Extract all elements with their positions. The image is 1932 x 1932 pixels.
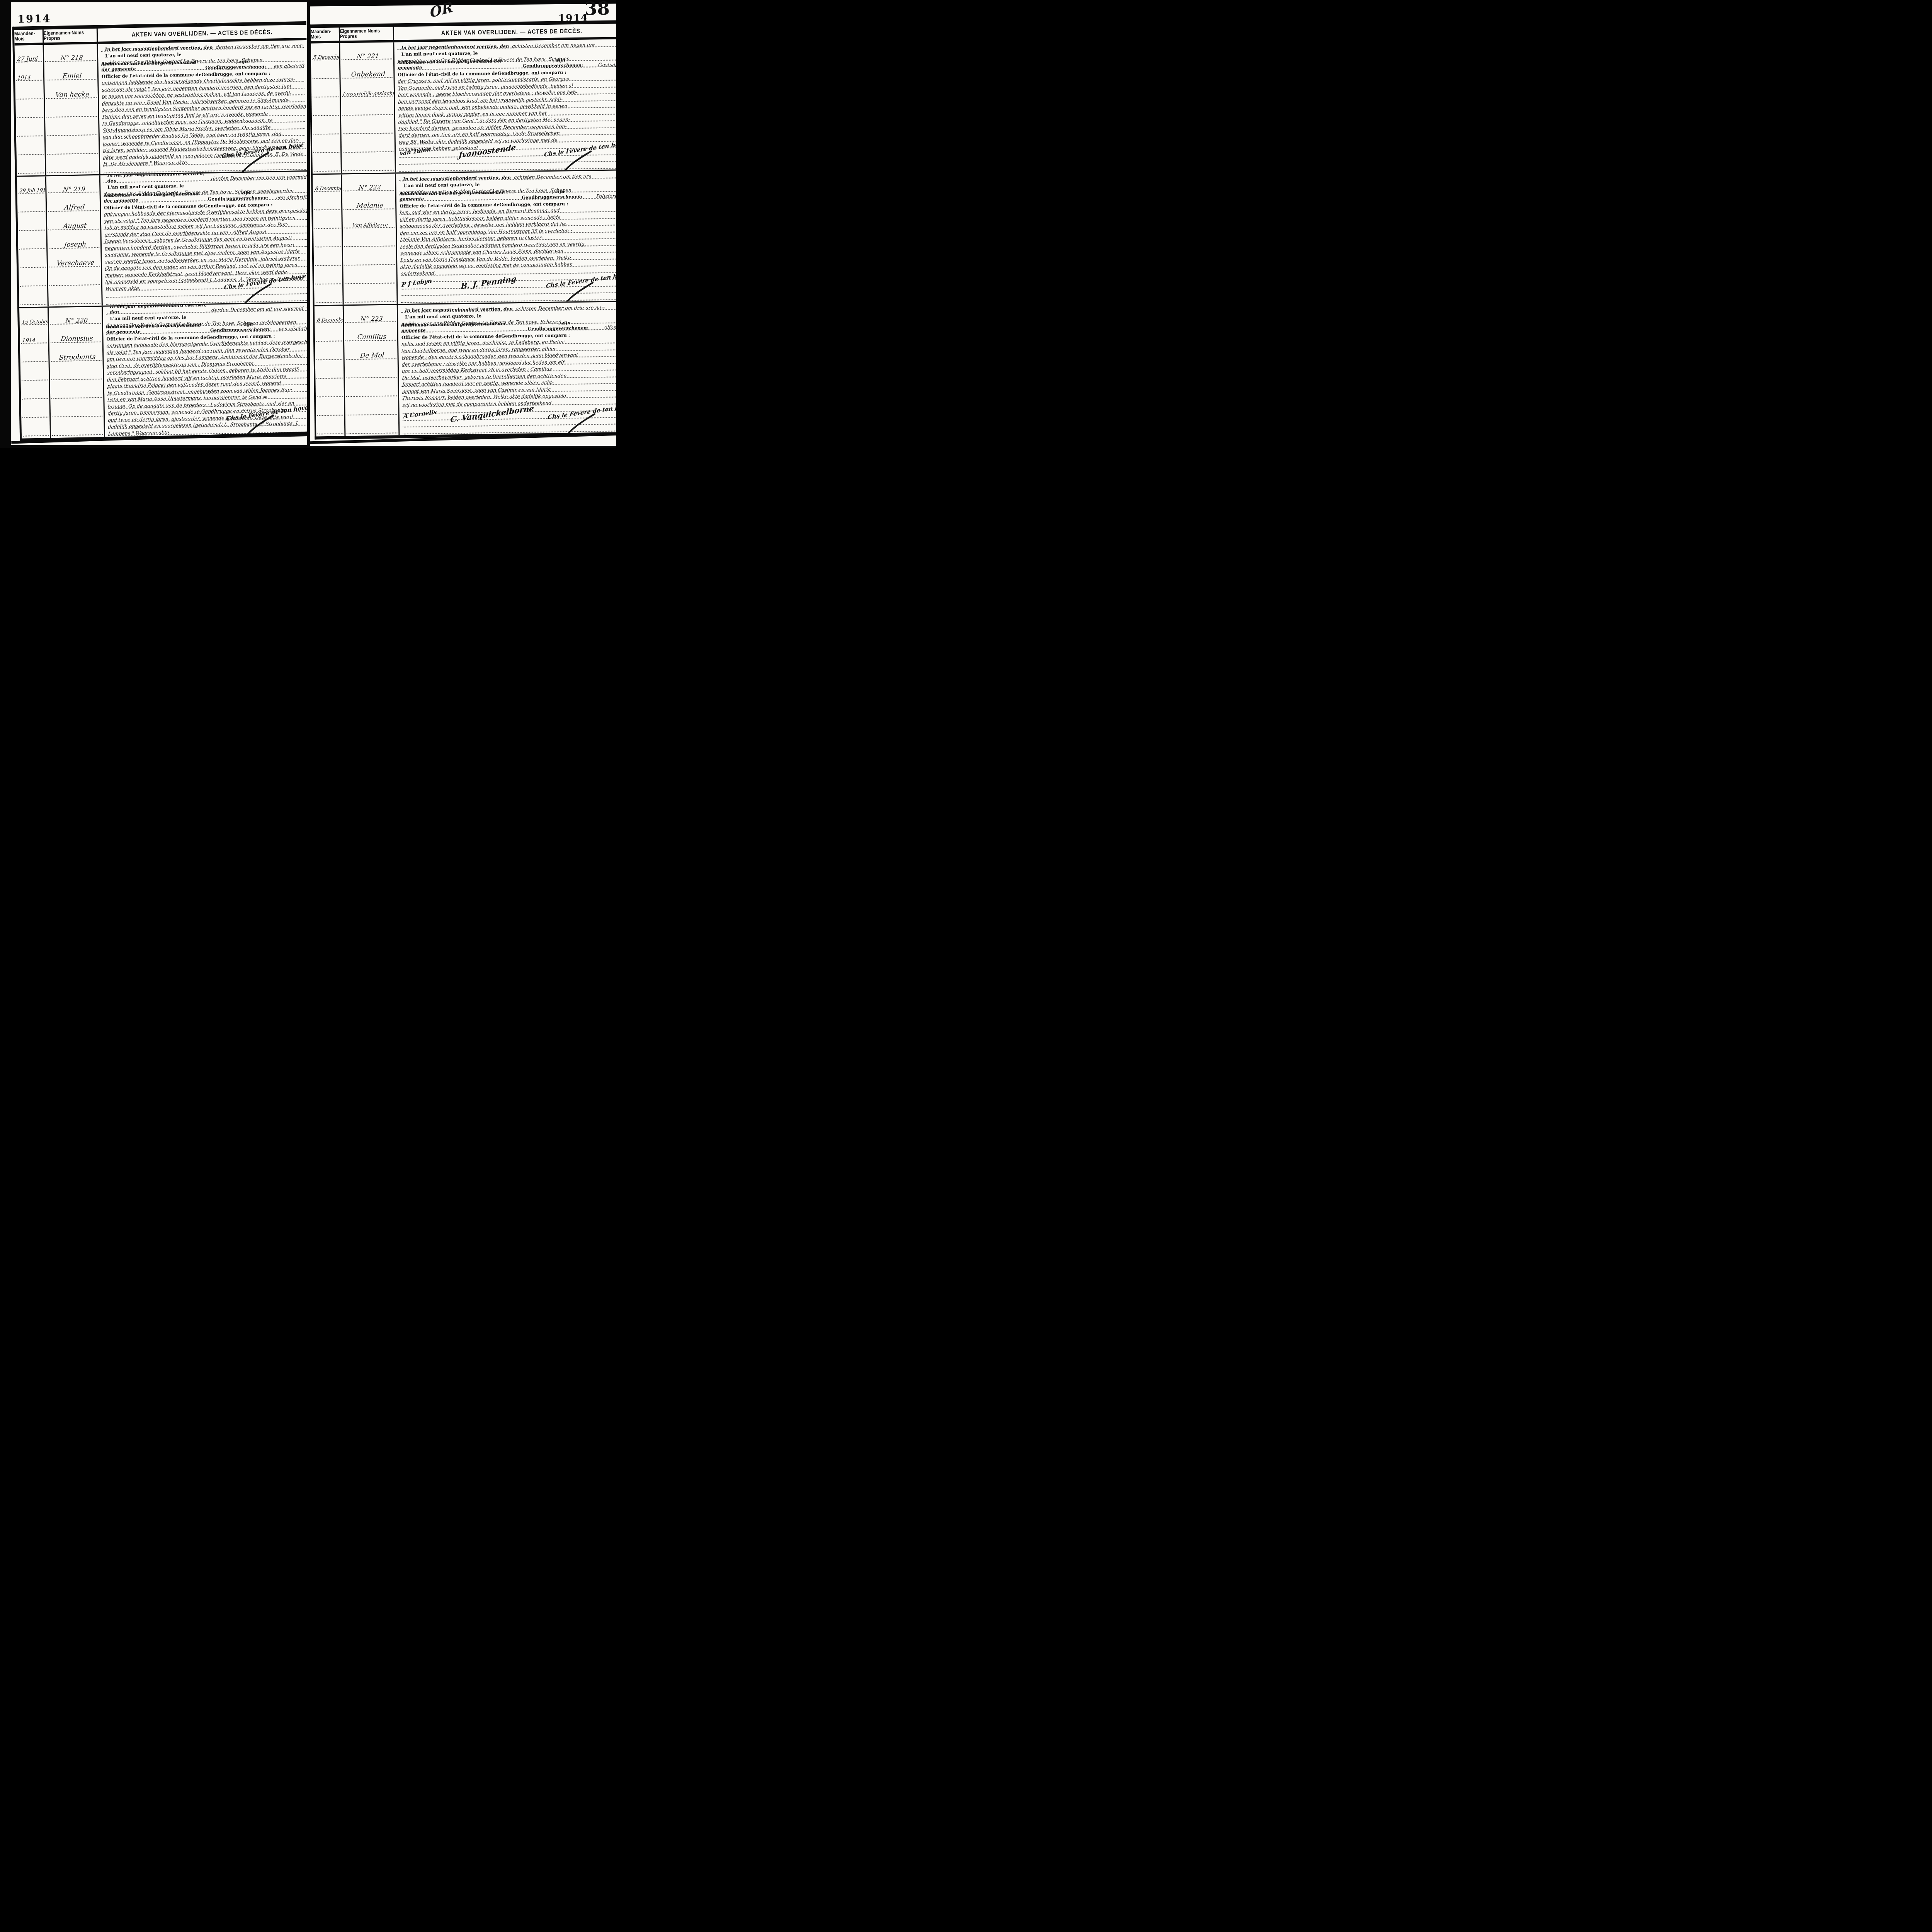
signature-strip: Chs le Fevere de ten hove xyxy=(109,408,307,435)
printed-town-name: Gendbrugge xyxy=(201,71,232,77)
names-cell: N° 222MelanieVan Affelterre xyxy=(342,173,398,304)
page-right: OR 1914 38 Maanden-Mois Eigennamen Noms … xyxy=(310,1,616,446)
names-cell: N° 219AlfredAugustJosephVerschaeve xyxy=(46,175,103,307)
printed-nl-official-pre: Ambtenaar van den burgerlijkenstand der … xyxy=(101,60,205,72)
margin-line xyxy=(51,418,104,438)
margin-line xyxy=(312,117,340,136)
printed-town-name: Gendbrugge xyxy=(205,64,236,70)
margin-line xyxy=(313,230,342,249)
month-cell: 15 October1914 xyxy=(19,308,51,438)
month-cell: 27 Juni1914 xyxy=(15,45,46,175)
margin-line: 27 Juni xyxy=(15,45,43,64)
margin-line xyxy=(314,248,342,267)
entry-date: 15 October xyxy=(22,319,49,325)
hand-comparant: een afschrift xyxy=(278,326,307,332)
deceased-name: (vrouwelijk-geslacht) xyxy=(343,90,394,97)
margin-line xyxy=(314,286,343,304)
margin-line xyxy=(315,324,343,343)
margin-line xyxy=(50,381,104,401)
act-number: N° 219 xyxy=(48,185,100,193)
printed-town-name: Gendbrugge xyxy=(206,334,237,340)
hand-body-line: onderteekend. xyxy=(400,270,436,276)
entry-row: 8 DecemberN° 222MelanieVan AffelterreIn … xyxy=(313,170,616,306)
margin-line xyxy=(311,61,340,80)
entry-row: 29 Juli 1914N° 219AlfredAugustJosephVers… xyxy=(17,172,307,308)
printed-fr-official-post: , ont comparu : xyxy=(528,70,566,75)
deceased-name: Melanie xyxy=(344,201,396,210)
hand-date-time: achtsten December om tien ure xyxy=(514,173,592,180)
margin-line xyxy=(20,345,49,364)
act-cell: In het jaar negentienhonderd veertien, d… xyxy=(396,170,616,304)
signature: B. J. Penning xyxy=(461,277,517,287)
entry-date-year: 1914 xyxy=(17,75,42,81)
margin-line xyxy=(343,248,396,267)
act-cell: In het jaar negentienhonderd veertien, d… xyxy=(394,39,616,172)
hand-date-time: achtsten December om drie ure na= xyxy=(515,304,605,311)
margin-line: N° 218 xyxy=(44,44,97,64)
act-number: N° 218 xyxy=(46,54,97,62)
entry-date: 29 Juli 1914 xyxy=(19,187,49,194)
margin-line xyxy=(50,400,104,419)
entry-date-year: 1914 xyxy=(22,337,47,344)
hand-comparant: een afschrift xyxy=(274,63,305,69)
deceased-name: August xyxy=(49,222,100,230)
signature: C. Vanquickelborne xyxy=(450,408,534,419)
margin-line xyxy=(313,211,342,230)
margin-line: De Mol xyxy=(344,342,398,361)
printed-fr-official-post: , ont comparu : xyxy=(530,201,568,207)
hand-comparant: Alfons Cor: xyxy=(604,325,616,330)
deceased-name: Van hecke xyxy=(47,90,98,99)
printed-nl-official-pre: Ambtenaar van den burgerlijkenstand der … xyxy=(104,191,208,204)
margin-line xyxy=(315,380,344,399)
margin-line: (vrouwelijk-geslacht) xyxy=(341,79,394,99)
names-cell: N° 223CamillusDe Mol xyxy=(344,305,400,436)
signature: Chs le Fevere de ten hove xyxy=(545,276,616,284)
entries-right: 5 DecemberN° 221Onbekend(vrouwelijk-gesl… xyxy=(311,39,616,436)
margin-line xyxy=(345,361,398,380)
margin-line xyxy=(316,417,345,436)
printed-town-name: Gendbrugge xyxy=(498,70,529,76)
signature-strip: Chs le Fevere de ten hove xyxy=(106,277,307,304)
margin-line xyxy=(19,269,47,288)
printed-nl-official-pre: Ambtenaar van den burgerlijkenstand der … xyxy=(106,322,210,335)
printed-fr-year-line: L'an mil neuf cent quatorze, le xyxy=(398,50,478,57)
margin-line: Dionysius xyxy=(49,325,102,345)
margin-line: Camillus xyxy=(344,323,397,343)
header-names: Eigennamen-Noms Propres xyxy=(44,28,98,44)
printed-town-name: Gendbrugge xyxy=(501,333,532,338)
margin-line: 1914 xyxy=(20,326,48,345)
margin-line xyxy=(311,99,340,117)
margin-line xyxy=(48,268,101,288)
signature: Chs le Fevere de ten hove xyxy=(221,146,304,155)
entries-left: 27 Juni1914N° 218EmielVan heckeIn het ja… xyxy=(15,40,307,439)
margin-line xyxy=(48,287,102,306)
margin-line: Alfred xyxy=(47,194,100,214)
hand-comparant: een afschrift xyxy=(276,194,307,200)
page-number: 38 xyxy=(584,1,610,20)
margin-line xyxy=(17,195,46,214)
printed-town-name: Gendbrugge xyxy=(522,194,553,200)
margin-line xyxy=(315,343,344,362)
margin-line xyxy=(15,100,44,119)
act-cell: In het jaar negentienhonderd veertien, d… xyxy=(100,172,307,306)
margin-line: 8 December xyxy=(313,174,341,193)
printed-fr-official-post: , ont comparu : xyxy=(237,333,275,339)
month-cell: 8 December xyxy=(315,306,346,436)
printed-town-name: Gendbrugge xyxy=(204,202,235,208)
hand-comparant: Gustaaf Van xyxy=(598,62,616,68)
signature: P J Labyn xyxy=(401,279,432,286)
margin-line xyxy=(18,250,47,269)
margin-line: 29 Juli 1914 xyxy=(17,176,46,195)
printed-nl-official-pre: Ambtenaar van den burgerlijkenstand der … xyxy=(401,321,528,333)
printed-fr-year-line: L'an mil neuf cent quatorze, le xyxy=(399,182,480,188)
margin-line xyxy=(342,153,395,173)
register-table: Maanden-Mois Eigennamen Noms Propres AKT… xyxy=(310,20,616,439)
margin-line xyxy=(16,138,45,156)
margin-line xyxy=(314,267,342,286)
signature: Jvanoostende xyxy=(458,146,516,156)
margin-line xyxy=(312,136,341,155)
header-months: Maanden-Mois xyxy=(14,29,44,44)
margin-line: 15 October xyxy=(19,308,48,327)
inspector-paraph: OR xyxy=(429,1,454,21)
names-cell: N° 221Onbekend(vrouwelijk-geslacht) xyxy=(340,42,396,173)
printed-nl-official-post: , zijn verschenen: xyxy=(236,58,270,70)
margin-line xyxy=(313,193,342,212)
margin-line: N° 223 xyxy=(344,305,397,324)
margin-line xyxy=(343,229,396,248)
signature: A Cornelis xyxy=(403,410,437,418)
entry-date: 27 Juni xyxy=(17,55,38,63)
margin-line xyxy=(18,213,46,232)
entry-row: 27 Juni1914N° 218EmielVan heckeIn het ja… xyxy=(15,40,307,177)
margin-line: Emiel xyxy=(44,63,97,82)
margin-line: N° 221 xyxy=(340,42,393,61)
margin-line xyxy=(343,266,396,286)
margin-line xyxy=(341,116,395,136)
act-cell: In het jaar negentienhonderd veertien, d… xyxy=(103,303,307,437)
signature-strip: Chs le Fevere de ten hove xyxy=(104,146,304,172)
margin-line xyxy=(311,80,340,99)
entry-row: 8 DecemberN° 223CamillusDe MolIn het jaa… xyxy=(315,302,616,436)
hand-comparant: Polydore La= xyxy=(596,193,616,199)
margin-line xyxy=(18,232,46,251)
margin-line xyxy=(342,135,395,154)
printed-town-name: Gendbrugge xyxy=(208,196,239,201)
header-acts-title: AKTEN VAN OVERLIJDEN. — ACTES DE DÉCÈS. xyxy=(98,24,307,43)
act-number: N° 220 xyxy=(51,316,102,325)
printed-nl-official-post: , zijn verschenen: xyxy=(552,188,593,199)
deceased-name: Alfred xyxy=(49,203,100,212)
margin-line xyxy=(344,285,397,304)
signature-strip: P J LabynB. J. PenningChs le Fevere de t… xyxy=(401,276,616,302)
margin-line xyxy=(46,155,99,175)
page-left-inner: 1914 Maanden-Mois Eigennamen-Noms Propre… xyxy=(11,2,307,445)
printed-nl-official-post: , zijn verschenen: xyxy=(241,321,276,333)
signature-strip: A CornelisC. VanquickelborneChs le Fever… xyxy=(403,407,616,434)
signature-text: A Cornelis xyxy=(403,408,437,420)
register-scan: 1914 Maanden-Mois Eigennamen-Noms Propre… xyxy=(0,0,616,448)
margin-line: Stroobants xyxy=(49,344,103,364)
margin-line: Onbekend xyxy=(340,61,394,80)
margin-line xyxy=(46,137,99,156)
margin-line: 1914 xyxy=(15,63,43,82)
deceased-name: Stroobants xyxy=(51,353,103,362)
act-cell: In het jaar negentienhonderd veertien, d… xyxy=(398,302,616,435)
margin-line: Joseph xyxy=(47,231,100,251)
entry-date: 8 December xyxy=(316,317,345,323)
margin-line xyxy=(341,98,394,117)
act-number: N° 221 xyxy=(342,52,394,60)
margin-line xyxy=(21,382,49,401)
act-number: N° 222 xyxy=(344,183,395,191)
deceased-name: De Mol xyxy=(346,351,398,360)
margin-line: August xyxy=(47,213,100,232)
names-cell: N° 220DionysiusStroobants xyxy=(49,307,105,438)
margin-line xyxy=(45,118,99,138)
signature-text: P J Labyn xyxy=(401,277,432,288)
printed-fr-official-post: , ont comparu : xyxy=(235,202,273,208)
margin-line xyxy=(345,398,398,417)
page-right-inner: OR 1914 38 Maanden-Mois Eigennamen Noms … xyxy=(310,1,616,446)
printed-fr-official-post: , ont comparu : xyxy=(232,70,270,77)
margin-line: N° 219 xyxy=(46,175,100,195)
register-table: Maanden-Mois Eigennamen-Noms Propres AKT… xyxy=(12,21,307,442)
margin-line: 8 December xyxy=(315,306,343,325)
printed-fr-official-post: , ont comparu : xyxy=(532,332,570,338)
margin-line xyxy=(345,416,399,435)
month-cell: 8 December xyxy=(313,174,344,305)
margin-line xyxy=(312,154,341,173)
entry-row: 15 October1914N° 220DionysiusStroobantsI… xyxy=(19,303,307,439)
header-months: Maanden-Mois xyxy=(311,27,340,42)
deceased-name: Joseph xyxy=(49,240,101,249)
margin-line: N° 220 xyxy=(49,307,102,327)
year-label: 1914 xyxy=(17,13,51,26)
margin-line xyxy=(345,379,398,398)
printed-town-name: Gendbrugge xyxy=(499,201,530,207)
margin-line: N° 222 xyxy=(342,173,395,193)
act-cell: In het jaar negentienhonderd veertien, d… xyxy=(98,40,307,174)
entry-row: 5 DecemberN° 221Onbekend(vrouwelijk-gesl… xyxy=(311,39,616,175)
signature-strip: van TulenJvanoostendeChs le Fevere de te… xyxy=(400,145,616,171)
margin-line xyxy=(21,400,49,419)
signature-text: van Tulen xyxy=(400,146,431,157)
printed-town-name: Gendbrugge xyxy=(210,327,241,333)
printed-town-name: Gendbrugge xyxy=(528,326,559,332)
margin-line xyxy=(21,419,50,438)
printed-nl-official-post: , zijn verschenen: xyxy=(558,320,601,331)
hand-date-time: achtsten December om negen ure xyxy=(512,42,596,49)
names-cell: N° 218EmielVan hecke xyxy=(44,44,100,175)
printed-nl-official-pre: Ambtenaar van den burgerlijkenstand der … xyxy=(398,58,523,71)
deceased-name: Verschaeve xyxy=(50,259,101,267)
margin-line xyxy=(19,287,48,306)
margin-line: Melanie xyxy=(342,192,396,211)
margin-line xyxy=(15,82,44,101)
margin-line xyxy=(316,398,344,417)
header-names: Eigennamen Noms Propres xyxy=(340,26,395,41)
printed-nl-official-pre: Ambtenaar van den burgerlijkenstand der … xyxy=(400,189,522,202)
signature: Chs le Fevere de ten hove xyxy=(544,145,616,153)
header-acts-title: AKTEN VAN OVERLIJDEN. — ACTES DE DÉCÈS. xyxy=(394,23,616,41)
month-cell: 29 Juli 1914 xyxy=(17,176,49,307)
deceased-name: Camillus xyxy=(346,333,398,341)
deceased-name: Van Affelterre xyxy=(345,222,396,228)
entry-date: 5 December xyxy=(313,54,342,60)
signature: Chs le Fevere de ten hove xyxy=(547,407,616,416)
margin-line xyxy=(50,362,103,382)
page-left: 1914 Maanden-Mois Eigennamen-Noms Propre… xyxy=(11,2,307,445)
margin-line xyxy=(17,156,45,175)
margin-line xyxy=(45,100,98,119)
margin-line: Verschaeve xyxy=(48,250,101,269)
margin-line: Van Affelterre xyxy=(342,211,396,230)
margin-line xyxy=(16,119,44,138)
signature: van Tulen xyxy=(400,147,431,155)
printed-nl-official-post: , zijn verschenen: xyxy=(553,57,595,68)
signature: Chs le Fevere de ten hove xyxy=(226,408,307,417)
printed-town-name: Gendbrugge xyxy=(522,63,553,69)
month-cell: 5 December xyxy=(311,43,342,173)
margin-line: 5 December xyxy=(311,43,339,62)
margin-line: Van hecke xyxy=(44,81,98,101)
deceased-name: Emiel xyxy=(46,72,98,80)
printed-fr-year-line: L'an mil neuf cent quatorze, le xyxy=(401,313,481,320)
margin-line xyxy=(20,363,49,382)
signature: Chs le Fevere de ten hove xyxy=(223,277,306,286)
printed-nl-official-post: , zijn verschenen: xyxy=(238,190,273,201)
entry-date: 8 December xyxy=(315,185,344,192)
margin-line xyxy=(315,361,344,380)
deceased-name: Onbekend xyxy=(342,70,394,78)
act-number: N° 223 xyxy=(346,315,397,323)
deceased-name: Dionysius xyxy=(51,335,102,343)
